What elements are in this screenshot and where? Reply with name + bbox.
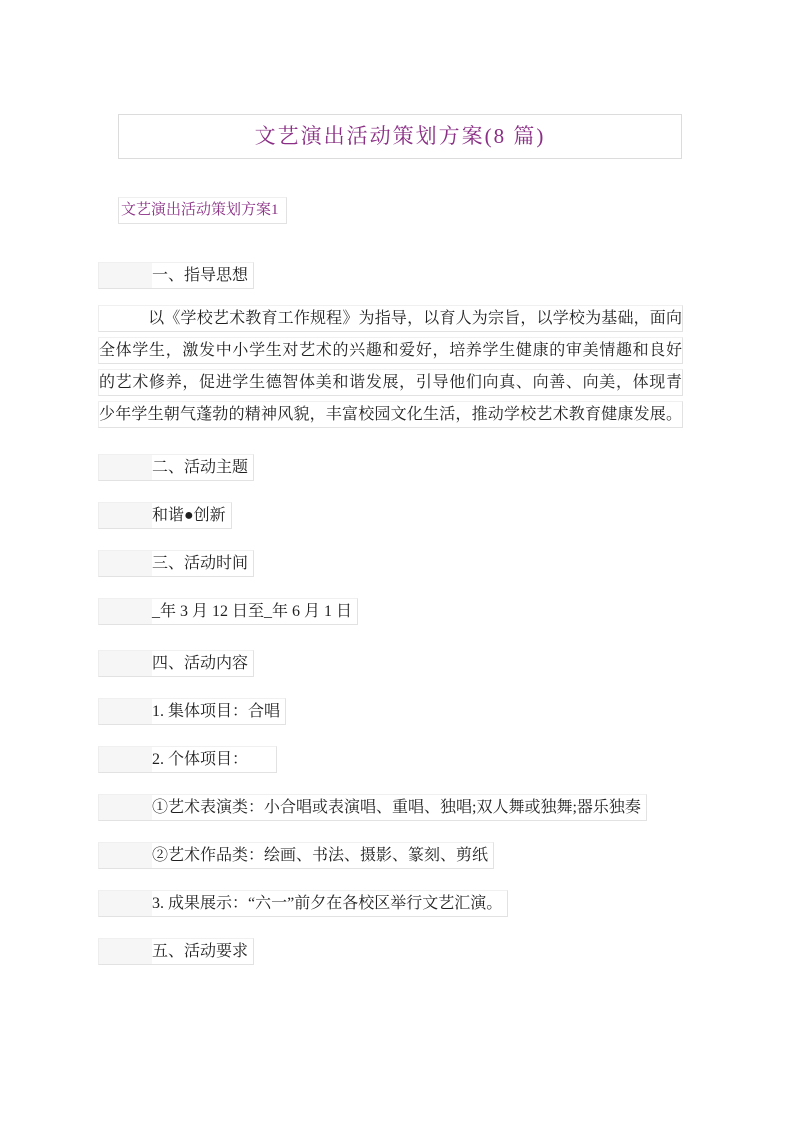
indent-space: [99, 843, 152, 868]
line-text: _年 3 月 12 日至_年 6 月 1 日: [152, 603, 352, 620]
heading-activity-content: 四、活动内容: [98, 650, 254, 677]
text-activity-theme: 和谐●创新: [98, 502, 232, 529]
line-text: 2. 个体项目：: [152, 751, 248, 768]
para-text: 全体学生，激发中小学生对艺术的兴趣和爱好，培养学生健康的审美情趣和良好: [99, 342, 682, 359]
indent-space: [99, 306, 148, 331]
doc-subtitle-text: 文艺演出活动策划方案1: [121, 202, 279, 218]
doc-title-text: 文艺演出活动策划方案(8 篇): [255, 124, 546, 148]
heading-text: 三、活动时间: [152, 555, 248, 572]
indent-space: [99, 599, 152, 624]
heading-activity-time: 三、活动时间: [98, 550, 254, 577]
line-text: ①艺术表演类：小合唱或表演唱、重唱、独唱;双人舞或独舞;器乐独奏: [152, 799, 641, 816]
indent-space: [99, 939, 152, 964]
para-guiding-ideology-line-3: 的艺术修养，促进学生德智体美和谐发展，引导他们向真、向善、向美，体现青: [98, 369, 683, 396]
line-text: 3. 成果展示：“六一”前夕在各校区举行文艺汇演。: [152, 895, 502, 912]
para-text: 少年学生朝气蓬勃的精神风貌，丰富校园文化生活，推动学校艺术教育健康发展。: [99, 406, 682, 423]
line-text: 和谐●创新: [152, 507, 226, 524]
heading-text: 一、指导思想: [152, 267, 248, 284]
para-guiding-ideology-line-1: 以《学校艺术教育工作规程》为指导，以育人为宗旨，以学校为基础，面向: [98, 305, 683, 332]
text-individual-project: 2. 个体项目：: [98, 746, 277, 773]
text-group-project: 1. 集体项目：合唱: [98, 698, 286, 725]
text-achievement-show: 3. 成果展示：“六一”前夕在各校区举行文艺汇演。: [98, 890, 508, 917]
indent-space: [99, 699, 152, 724]
indent-space: [99, 551, 152, 576]
para-text: 的艺术修养，促进学生德智体美和谐发展，引导他们向真、向善、向美，体现青: [99, 374, 682, 391]
doc-subtitle: 文艺演出活动策划方案1: [118, 197, 287, 224]
indent-space: [99, 263, 152, 288]
indent-space: [99, 455, 152, 480]
para-guiding-ideology-line-2: 全体学生，激发中小学生对艺术的兴趣和爱好，培养学生健康的审美情趣和良好: [98, 337, 683, 364]
document-page: 文艺演出活动策划方案(8 篇) 文艺演出活动策划方案1 一、指导思想 以《学校艺…: [0, 0, 800, 1131]
heading-text: 五、活动要求: [152, 943, 248, 960]
heading-guiding-ideology: 一、指导思想: [98, 262, 254, 289]
indent-space: [99, 651, 152, 676]
para-guiding-ideology-line-4: 少年学生朝气蓬勃的精神风貌，丰富校园文化生活，推动学校艺术教育健康发展。: [98, 401, 683, 428]
doc-title: 文艺演出活动策划方案(8 篇): [118, 114, 682, 159]
heading-activity-requirements: 五、活动要求: [98, 938, 254, 965]
para-text: 以《学校艺术教育工作规程》为指导，以育人为宗旨，以学校为基础，面向: [148, 310, 682, 327]
heading-text: 四、活动内容: [152, 655, 248, 672]
heading-activity-theme: 二、活动主题: [98, 454, 254, 481]
text-art-performance-category: ①艺术表演类：小合唱或表演唱、重唱、独唱;双人舞或独舞;器乐独奏: [98, 794, 647, 821]
indent-space: [99, 747, 152, 772]
text-art-works-category: ②艺术作品类：绘画、书法、摄影、篆刻、剪纸: [98, 842, 494, 869]
line-text: 1. 集体项目：合唱: [152, 703, 280, 720]
indent-space: [99, 503, 152, 528]
indent-space: [99, 891, 152, 916]
indent-space: [99, 795, 152, 820]
text-activity-time: _年 3 月 12 日至_年 6 月 1 日: [98, 598, 358, 625]
heading-text: 二、活动主题: [152, 459, 248, 476]
line-text: ②艺术作品类：绘画、书法、摄影、篆刻、剪纸: [152, 847, 488, 864]
